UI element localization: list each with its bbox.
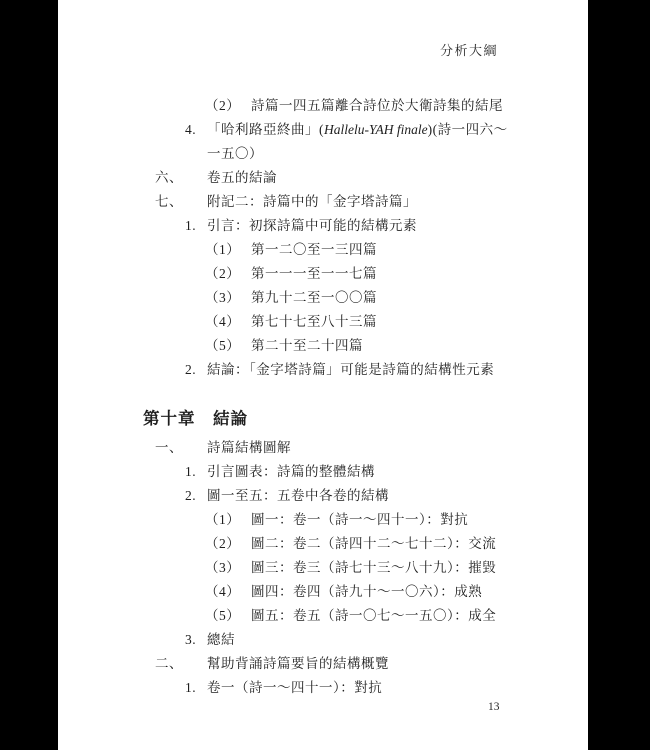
outline-text: 結論：「金字塔詩篇」可能是詩篇的結構性元素 xyxy=(207,362,494,377)
outline-marker: （4） xyxy=(205,310,251,334)
outline-marker: （4） xyxy=(205,580,251,604)
outline-marker: 二、 xyxy=(155,652,207,676)
outline-marker: 1. xyxy=(185,460,207,484)
outline-marker: （1） xyxy=(205,238,251,262)
outline-line: 六、卷五的結論 xyxy=(143,166,588,190)
outline-marker: （1） xyxy=(205,508,251,532)
outline-text: 卷五的結論 xyxy=(207,170,277,185)
outline-line: （5）圖五：卷五（詩一〇七～一五〇）：成全 xyxy=(143,604,588,628)
page-number: 13 xyxy=(488,701,500,713)
outline-text: 圖二：卷二（詩四十二～七十二）：交流 xyxy=(251,536,496,551)
outline-line: 1.引言：初探詩篇中可能的結構元素 xyxy=(143,214,588,238)
outline-marker: 2. xyxy=(185,358,207,382)
outline-line: 七、附記二：詩篇中的「金字塔詩篇」 xyxy=(143,190,588,214)
outline-marker: （2） xyxy=(205,532,251,556)
outline-line: （5）第二十至二十四篇 xyxy=(143,334,588,358)
outline-text: 圖一至五：五卷中各卷的結構 xyxy=(207,488,389,503)
outline-line: （3）圖三：卷三（詩七十三～八十九）：摧毀 xyxy=(143,556,588,580)
outline-line: 一、詩篇結構圖解 xyxy=(143,436,588,460)
outline-line: （1）圖一：卷一（詩一～四十一）：對抗 xyxy=(143,508,588,532)
outline-marker: 七、 xyxy=(155,190,207,214)
outline-content: （2）詩篇一四五篇離合詩位於大衛詩集的結尾4.「哈利路亞終曲」(Hallelu-… xyxy=(143,94,588,700)
outline-text: 詩篇一四五篇離合詩位於大衛詩集的結尾 xyxy=(251,98,503,113)
outline-line: （2）圖二：卷二（詩四十二～七十二）：交流 xyxy=(143,532,588,556)
outline-line: （1）第一二〇至一三四篇 xyxy=(143,238,588,262)
outline-marker: 4. xyxy=(185,118,207,142)
outline-text: 圖四：卷四（詩九十～一〇六）：成熟 xyxy=(251,584,482,599)
outline-line: 2.圖一至五：五卷中各卷的結構 xyxy=(143,484,588,508)
outline-text: 卷一（詩一～四十一）：對抗 xyxy=(207,680,382,695)
outline-line: 3.總結 xyxy=(143,628,588,652)
outline-marker: 1. xyxy=(185,676,207,700)
outline-marker: （2） xyxy=(205,262,251,286)
outline-text: 引言圖表：詩篇的整體結構 xyxy=(207,464,375,479)
outline-text: 附記二：詩篇中的「金字塔詩篇」 xyxy=(207,194,417,209)
outline-line: 1.卷一（詩一～四十一）：對抗 xyxy=(143,676,588,700)
outline-text: 幫助背誦詩篇要旨的結構概覽 xyxy=(207,656,389,671)
outline-marker: 一、 xyxy=(155,436,207,460)
book-page: 分析大綱 （2）詩篇一四五篇離合詩位於大衛詩集的結尾4.「哈利路亞終曲」(Hal… xyxy=(58,0,588,750)
outline-text: 圖三：卷三（詩七十三～八十九）：摧毀 xyxy=(251,560,496,575)
outline-line: （2）詩篇一四五篇離合詩位於大衛詩集的結尾 xyxy=(143,94,588,118)
outline-marker: （5） xyxy=(205,604,251,628)
outline-marker: （3） xyxy=(205,286,251,310)
running-header: 分析大綱 xyxy=(440,40,498,59)
outline-marker: 六、 xyxy=(155,166,207,190)
outline-text: 第九十二至一〇〇篇 xyxy=(251,290,377,305)
outline-text: 「哈利路亞終曲」(Hallelu-YAH finale)(詩一四六～ xyxy=(207,122,508,137)
outline-marker: 1. xyxy=(185,214,207,238)
outline-text: 第一一一至一一七篇 xyxy=(251,266,377,281)
outline-text: 第十章 結論 xyxy=(143,409,248,428)
outline-marker: （2） xyxy=(205,94,251,118)
outline-line: 二、幫助背誦詩篇要旨的結構概覽 xyxy=(143,652,588,676)
outline-text: 第七十七至八十三篇 xyxy=(251,314,377,329)
outline-text: 詩篇結構圖解 xyxy=(207,440,291,455)
outline-text: 第一二〇至一三四篇 xyxy=(251,242,377,257)
outline-marker: （5） xyxy=(205,334,251,358)
outline-line: 2.結論：「金字塔詩篇」可能是詩篇的結構性元素 xyxy=(143,358,588,382)
outline-line: （2）第一一一至一一七篇 xyxy=(143,262,588,286)
outline-text: 總結 xyxy=(207,632,235,647)
outline-line: （4）第七十七至八十三篇 xyxy=(143,310,588,334)
outline-marker: （3） xyxy=(205,556,251,580)
outline-text: 一五〇） xyxy=(207,146,263,161)
outline-marker: 2. xyxy=(185,484,207,508)
outline-text: 引言：初探詩篇中可能的結構元素 xyxy=(207,218,417,233)
outline-text: 圖五：卷五（詩一〇七～一五〇）：成全 xyxy=(251,608,496,623)
outline-text: 第二十至二十四篇 xyxy=(251,338,363,353)
chapter-heading: 第十章 結論 xyxy=(143,402,588,436)
outline-line: （4）圖四：卷四（詩九十～一〇六）：成熟 xyxy=(143,580,588,604)
outline-line: 1.引言圖表：詩篇的整體結構 xyxy=(143,460,588,484)
outline-line: （3）第九十二至一〇〇篇 xyxy=(143,286,588,310)
outline-marker: 3. xyxy=(185,628,207,652)
outline-line: 4.「哈利路亞終曲」(Hallelu-YAH finale)(詩一四六～ xyxy=(143,118,588,142)
outline-text: 圖一：卷一（詩一～四十一）：對抗 xyxy=(251,512,468,527)
outline-line: 一五〇） xyxy=(143,142,588,166)
